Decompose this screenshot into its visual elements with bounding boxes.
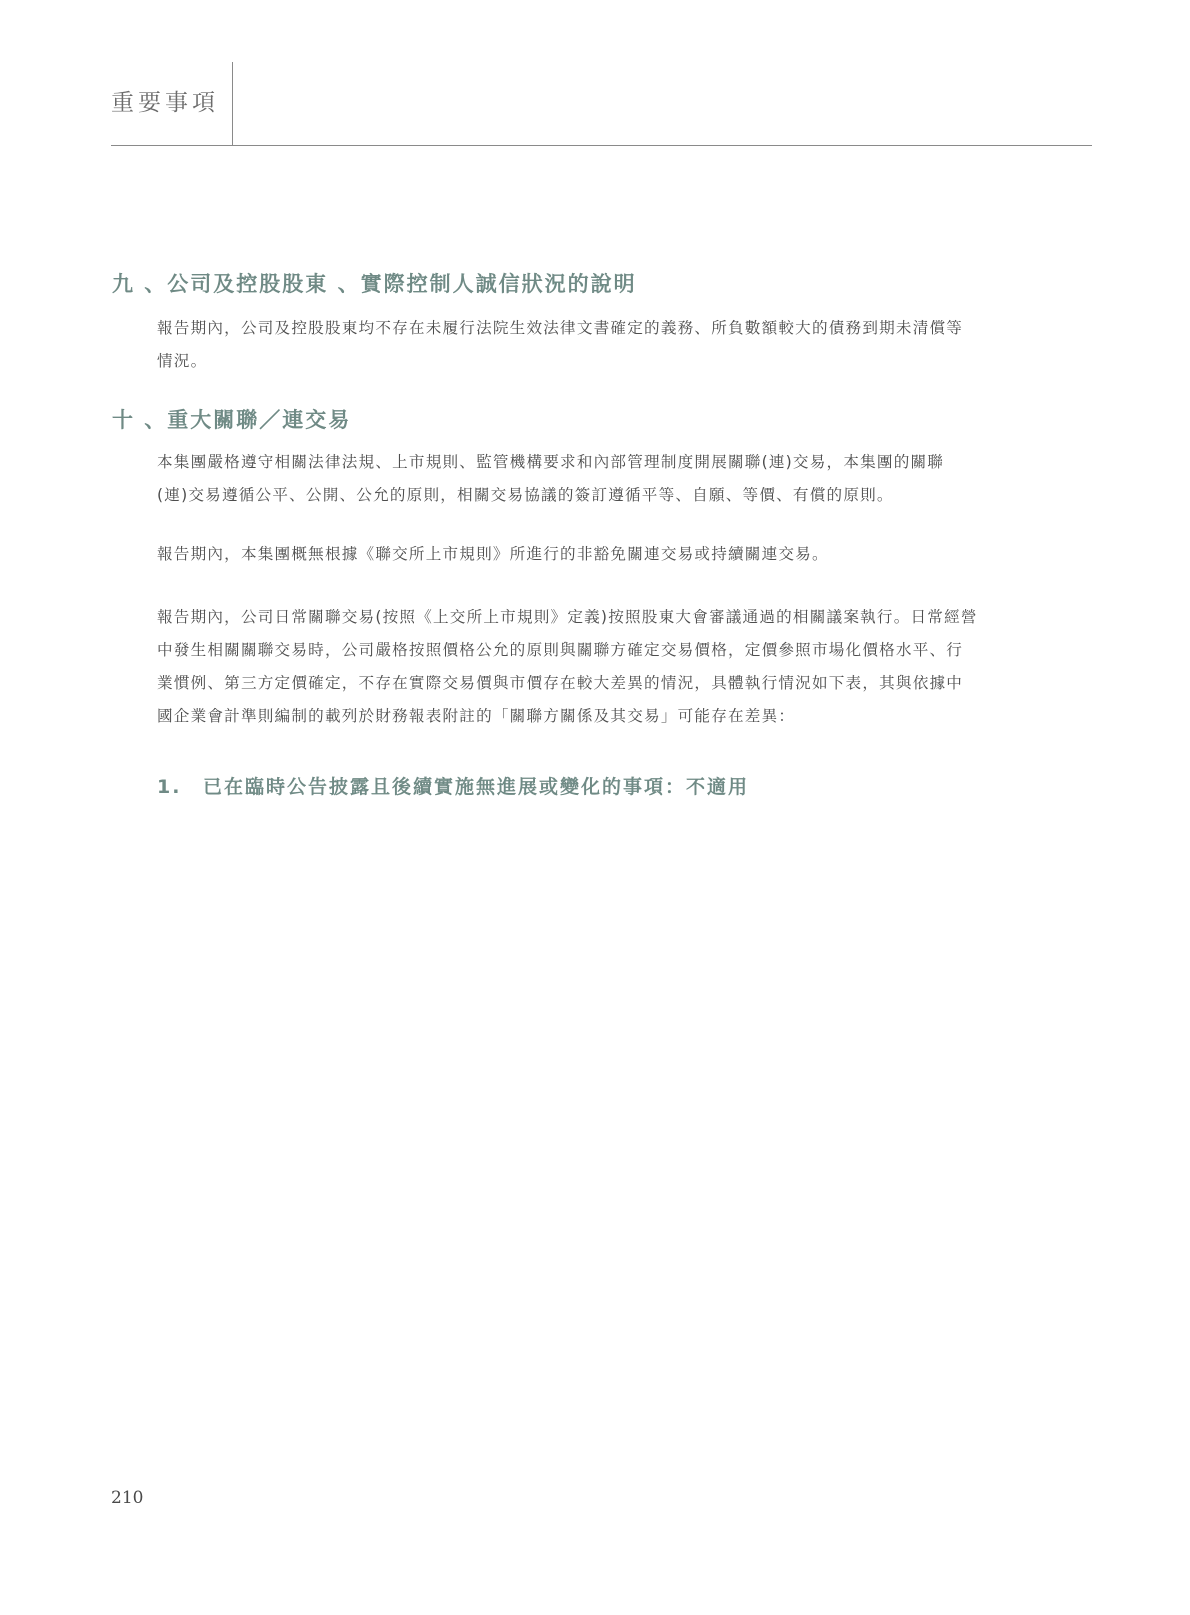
paragraph-line: 業慣例、第三方定價確定，不存在實際交易價與市價存在較大差異的情況，具體執行情況如… (157, 667, 1097, 700)
header-vertical-divider (232, 62, 233, 145)
paragraph-line: 報告期內，公司日常關聯交易(按照《上交所上市規則》定義)按照股東大會審議通過的相… (157, 601, 1097, 634)
section-9-paragraph-1: 報告期內，公司及控股股東均不存在未履行法院生效法律文書確定的義務、所負數額較大的… (157, 312, 1097, 378)
paragraph-line: (連)交易遵循公平、公開、公允的原則，相關交易協議的簽訂遵循平等、自願、等價、有… (157, 479, 1097, 512)
section-10-paragraph-2: 報告期內，本集團概無根據《聯交所上市規則》所進行的非豁免關連交易或持續關連交易。 (157, 538, 1097, 571)
section-heading-9: 九 、公司及控股股東 、實際控制人誠信狀況的說明 (112, 274, 637, 295)
paragraph-line: 本集團嚴格遵守相關法律法規、上市規則、監管機構要求和內部管理制度開展關聯(連)交… (157, 446, 1097, 479)
page-header-title: 重要事項 (111, 92, 219, 115)
section-heading-10: 十 、重大關聯／連交易 (112, 410, 351, 431)
paragraph-line: 情況。 (157, 345, 1097, 378)
paragraph-line: 國企業會計準則編制的載列於財務報表附註的「關聯方關係及其交易」可能存在差異： (157, 700, 1097, 733)
paragraph-line: 報告期內，公司及控股股東均不存在未履行法院生效法律文書確定的義務、所負數額較大的… (157, 312, 1097, 345)
section-10-paragraph-1: 本集團嚴格遵守相關法律法規、上市規則、監管機構要求和內部管理制度開展關聯(連)交… (157, 446, 1097, 512)
section-10-paragraph-3: 報告期內，公司日常關聯交易(按照《上交所上市規則》定義)按照股東大會審議通過的相… (157, 601, 1097, 733)
subsection-title: 已在臨時公告披露且後續實施無進展或變化的事項：不適用 (203, 776, 749, 798)
paragraph-line: 報告期內，本集團概無根據《聯交所上市規則》所進行的非豁免關連交易或持續關連交易。 (157, 538, 1097, 571)
page-number: 210 (111, 1488, 143, 1508)
header-horizontal-rule (111, 145, 1092, 146)
subsection-number: 1. (157, 778, 203, 797)
paragraph-line: 中發生相關關聯交易時，公司嚴格按照價格公允的原則與關聯方確定交易價格，定價參照市… (157, 634, 1097, 667)
subsection-heading-1: 1.已在臨時公告披露且後續實施無進展或變化的事項：不適用 (157, 778, 749, 797)
